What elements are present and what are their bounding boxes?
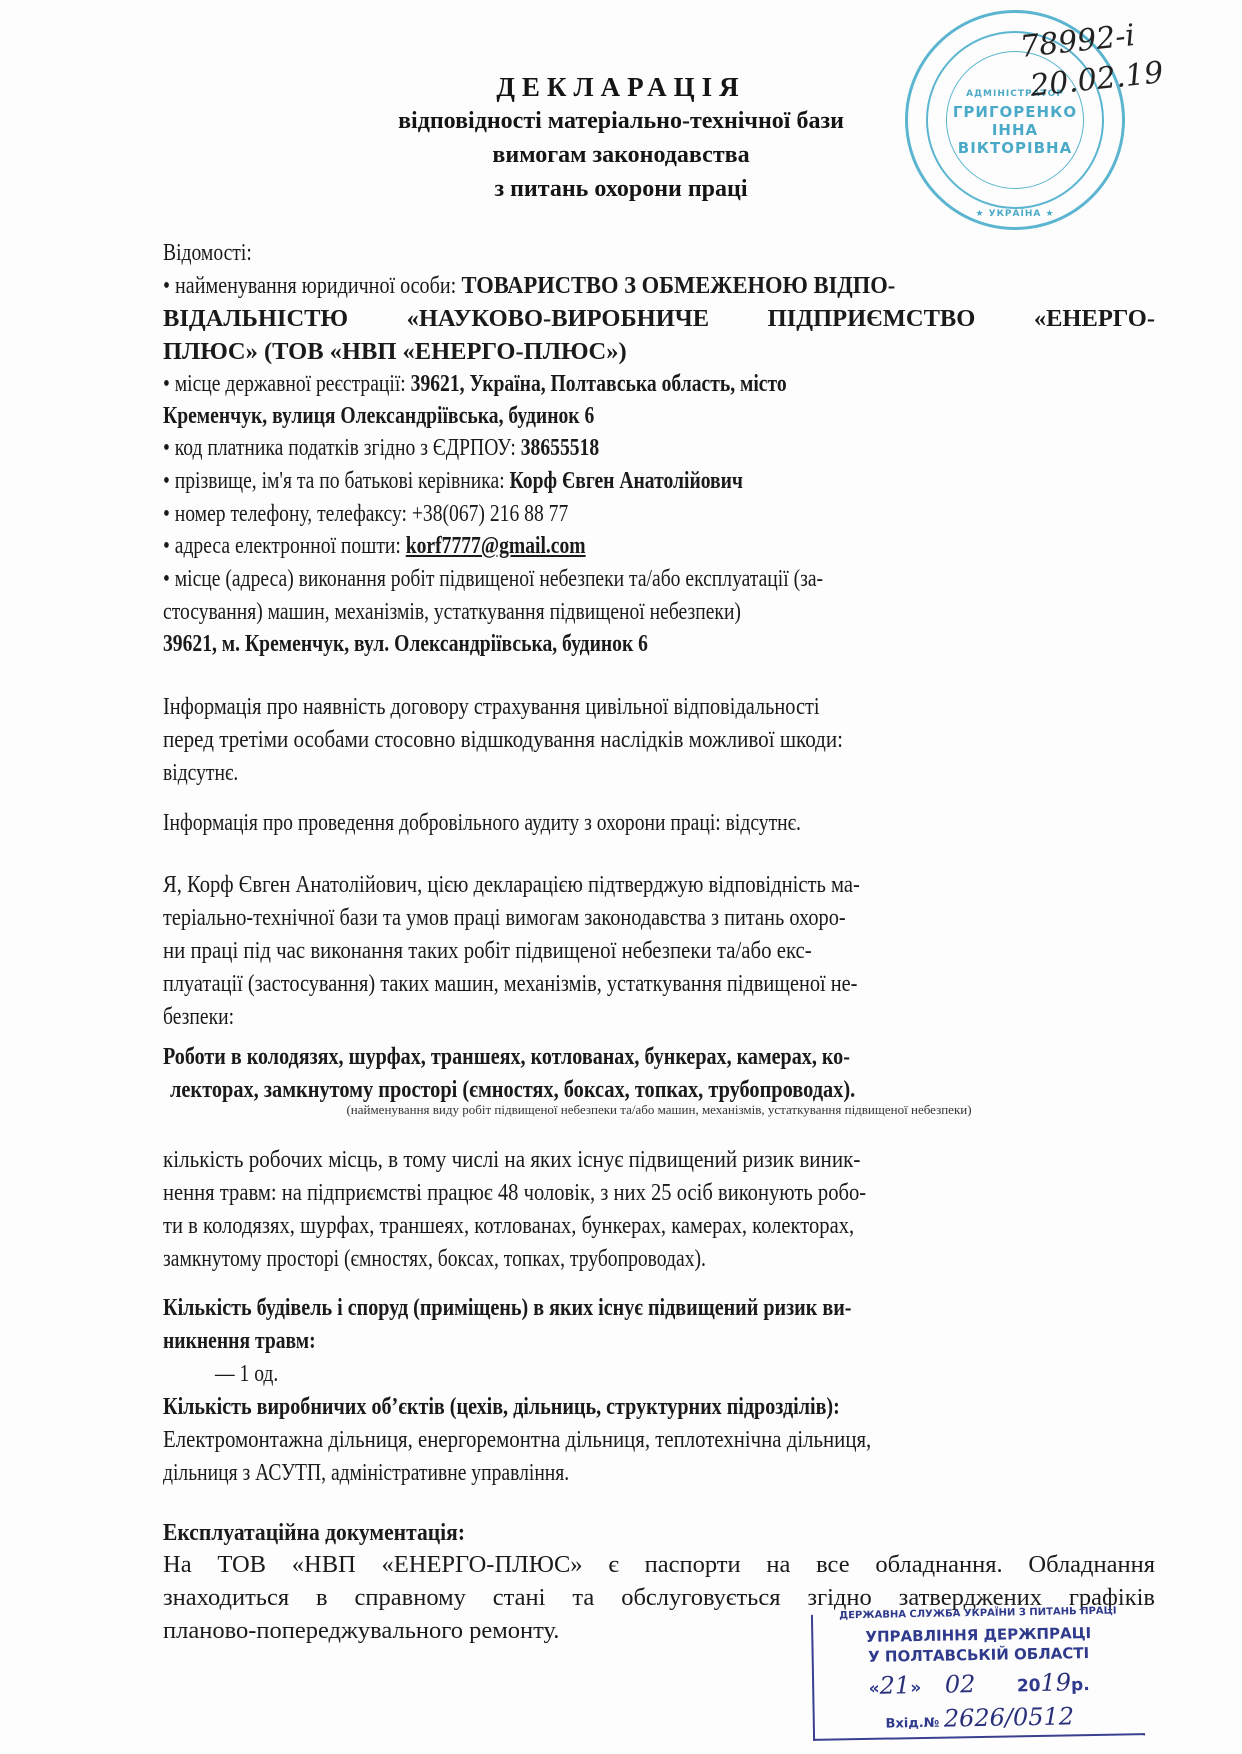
reg-stamp-incoming: Вхід.№ 2626/0512 <box>815 1701 1145 1735</box>
phone-value: +38(067) 216 88 77 <box>412 500 568 527</box>
audit-line: Інформація про проведення добровільного … <box>163 808 1155 838</box>
reg-stamp-date: «21» 02 2019р. <box>814 1667 1144 1701</box>
email-line: • адреса електронної пошти: korf7777@gma… <box>163 531 1155 561</box>
workplaces-line3: ти в колодязях, шурфах, траншеях, котлов… <box>163 1211 1155 1241</box>
registration-label: • місце державної реєстрації: <box>163 370 411 397</box>
edrpou-value: 38655518 <box>521 434 599 461</box>
incoming-registration-stamp: ДЕРЖАВНА СЛУЖБА УКРАЇНИ З ПИТАНЬ ПРАЦІ У… <box>811 1609 1145 1741</box>
declaration-page: ДЕКЛАРАЦІЯ відповідності матеріально-тех… <box>0 0 1242 1754</box>
workplaces-line4: замкнутому просторі (ємностях, боксах, т… <box>163 1244 1155 1274</box>
confirmation-line4: плуатації (застосування) таких машин, ме… <box>163 969 1155 999</box>
insurance-line3: відсутнє. <box>163 758 1155 788</box>
director-line: • прізвище, ім'я та по батькові керівник… <box>163 466 1155 496</box>
confirmation-line3: ни праці під час виконання таких робіт п… <box>163 936 1155 966</box>
stamp-surname: ГРИГОРЕНКО <box>908 103 1122 121</box>
objects-heading: Кількість виробничих об’єктів (цехів, ді… <box>163 1392 1155 1422</box>
email-label: • адреса електронної пошти: <box>163 532 406 559</box>
work-place-line2: стосування) машин, механізмів, устаткува… <box>163 597 1155 627</box>
legal-name-line2: ВІДАЛЬНІСТЮ «НАУКОВО-ВИРОБНИЧЕ ПІДПРИЄМС… <box>163 304 1155 334</box>
director-value: Корф Євген Анатолійович <box>510 467 743 494</box>
workplaces-line2: нення травм: на підприємстві працює 48 ч… <box>163 1178 1155 1208</box>
documentation-heading: Експлуатаційна документація: <box>163 1518 1155 1548</box>
objects-line1: Електромонтажна дільниця, енергоремонтна… <box>163 1425 1155 1455</box>
works-line2: лекторах, замкнутому просторі (ємностях,… <box>170 1075 1162 1105</box>
legal-name-line1: • найменування юридичної особи: ТОВАРИСТ… <box>163 271 1155 301</box>
director-label: • прізвище, ім'я та по батькові керівник… <box>163 467 510 494</box>
confirmation-line5: безпеки: <box>163 1002 1155 1032</box>
edrpou-line: • код платника податків згідно з ЄДРПОУ:… <box>163 433 1155 463</box>
stamp-name: ІННА <box>908 121 1122 139</box>
reg-stamp-day: 21 <box>879 1671 910 1700</box>
registration-value: 39621, Україна, Полтавська область, міст… <box>411 370 787 397</box>
edrpou-label: • код платника податків згідно з ЄДРПОУ: <box>163 434 521 461</box>
legal-name-value: ТОВАРИСТВО З ОБМЕЖЕНОЮ ВІДПО- <box>461 271 895 301</box>
insurance-line2: перед третіми особами стосовно відшкодув… <box>163 725 1155 755</box>
confirmation-line1: Я, Корф Євген Анатолійович, цією деклара… <box>163 870 1155 900</box>
work-place-line1: • місце (адреса) виконання робіт підвище… <box>163 564 1155 594</box>
confirmation-line2: теріально-технічної бази та умов праці в… <box>163 903 1155 933</box>
reg-stamp-year-suffix: 19 <box>1040 1668 1071 1697</box>
works-hint: (найменування виду робіт підвищеної небе… <box>163 1102 1155 1118</box>
work-place-address: 39621, м. Кременчук, вул. Олександріївсь… <box>163 629 1155 659</box>
reg-stamp-year-prefix: 20 <box>1017 1676 1041 1696</box>
phone-label: • номер телефону, телефаксу: <box>163 500 412 527</box>
documentation-line1: На ТОВ «НВП «ЕНЕРГО-ПЛЮС» є паспорти на … <box>163 1550 1155 1580</box>
email-link[interactable]: korf7777@gmail.com <box>406 532 586 559</box>
reg-stamp-year-end: р. <box>1071 1675 1090 1695</box>
works-line1: Роботи в колодязях, шурфах, траншеях, ко… <box>163 1042 1155 1072</box>
registration-line1: • місце державної реєстрації: 39621, Укр… <box>163 369 1155 399</box>
legal-name-label: • найменування юридичної особи: <box>163 272 461 299</box>
legal-name-line3: ПЛЮС» (ТОВ «НВП «ЕНЕРГО-ПЛЮС») <box>163 337 1155 367</box>
workplaces-line1: кількість робочих місць, в тому числі на… <box>163 1145 1155 1175</box>
stamp-patronymic: ВІКТОРІВНА <box>908 139 1122 157</box>
registration-line2: Кременчук, вулиця Олександріївська, буди… <box>163 401 1155 431</box>
reg-stamp-incoming-label: Вхід.№ <box>885 1716 939 1732</box>
objects-line2: дільниця з АСУТП, адміністративне управл… <box>163 1458 1155 1488</box>
buildings-heading-line1: Кількість будівель і споруд (приміщень) … <box>163 1293 1155 1323</box>
buildings-heading-line2: никнення травм: <box>163 1326 1155 1356</box>
insurance-line1: Інформація про наявність договору страху… <box>163 692 1155 722</box>
stamp-country: ★ УКРАЇНА ★ <box>908 209 1122 219</box>
buildings-count: — 1 од. <box>215 1359 1207 1389</box>
reg-stamp-incoming-number: 2626/0512 <box>944 1702 1075 1732</box>
reg-stamp-month: 02 <box>945 1670 976 1699</box>
reg-stamp-office-line2: У ПОЛТАВСЬКІЙ ОБЛАСТІ <box>814 1643 1144 1667</box>
phone-line: • номер телефону, телефаксу: +38(067) 21… <box>163 499 1155 529</box>
info-label: Відомості: <box>163 238 1155 268</box>
